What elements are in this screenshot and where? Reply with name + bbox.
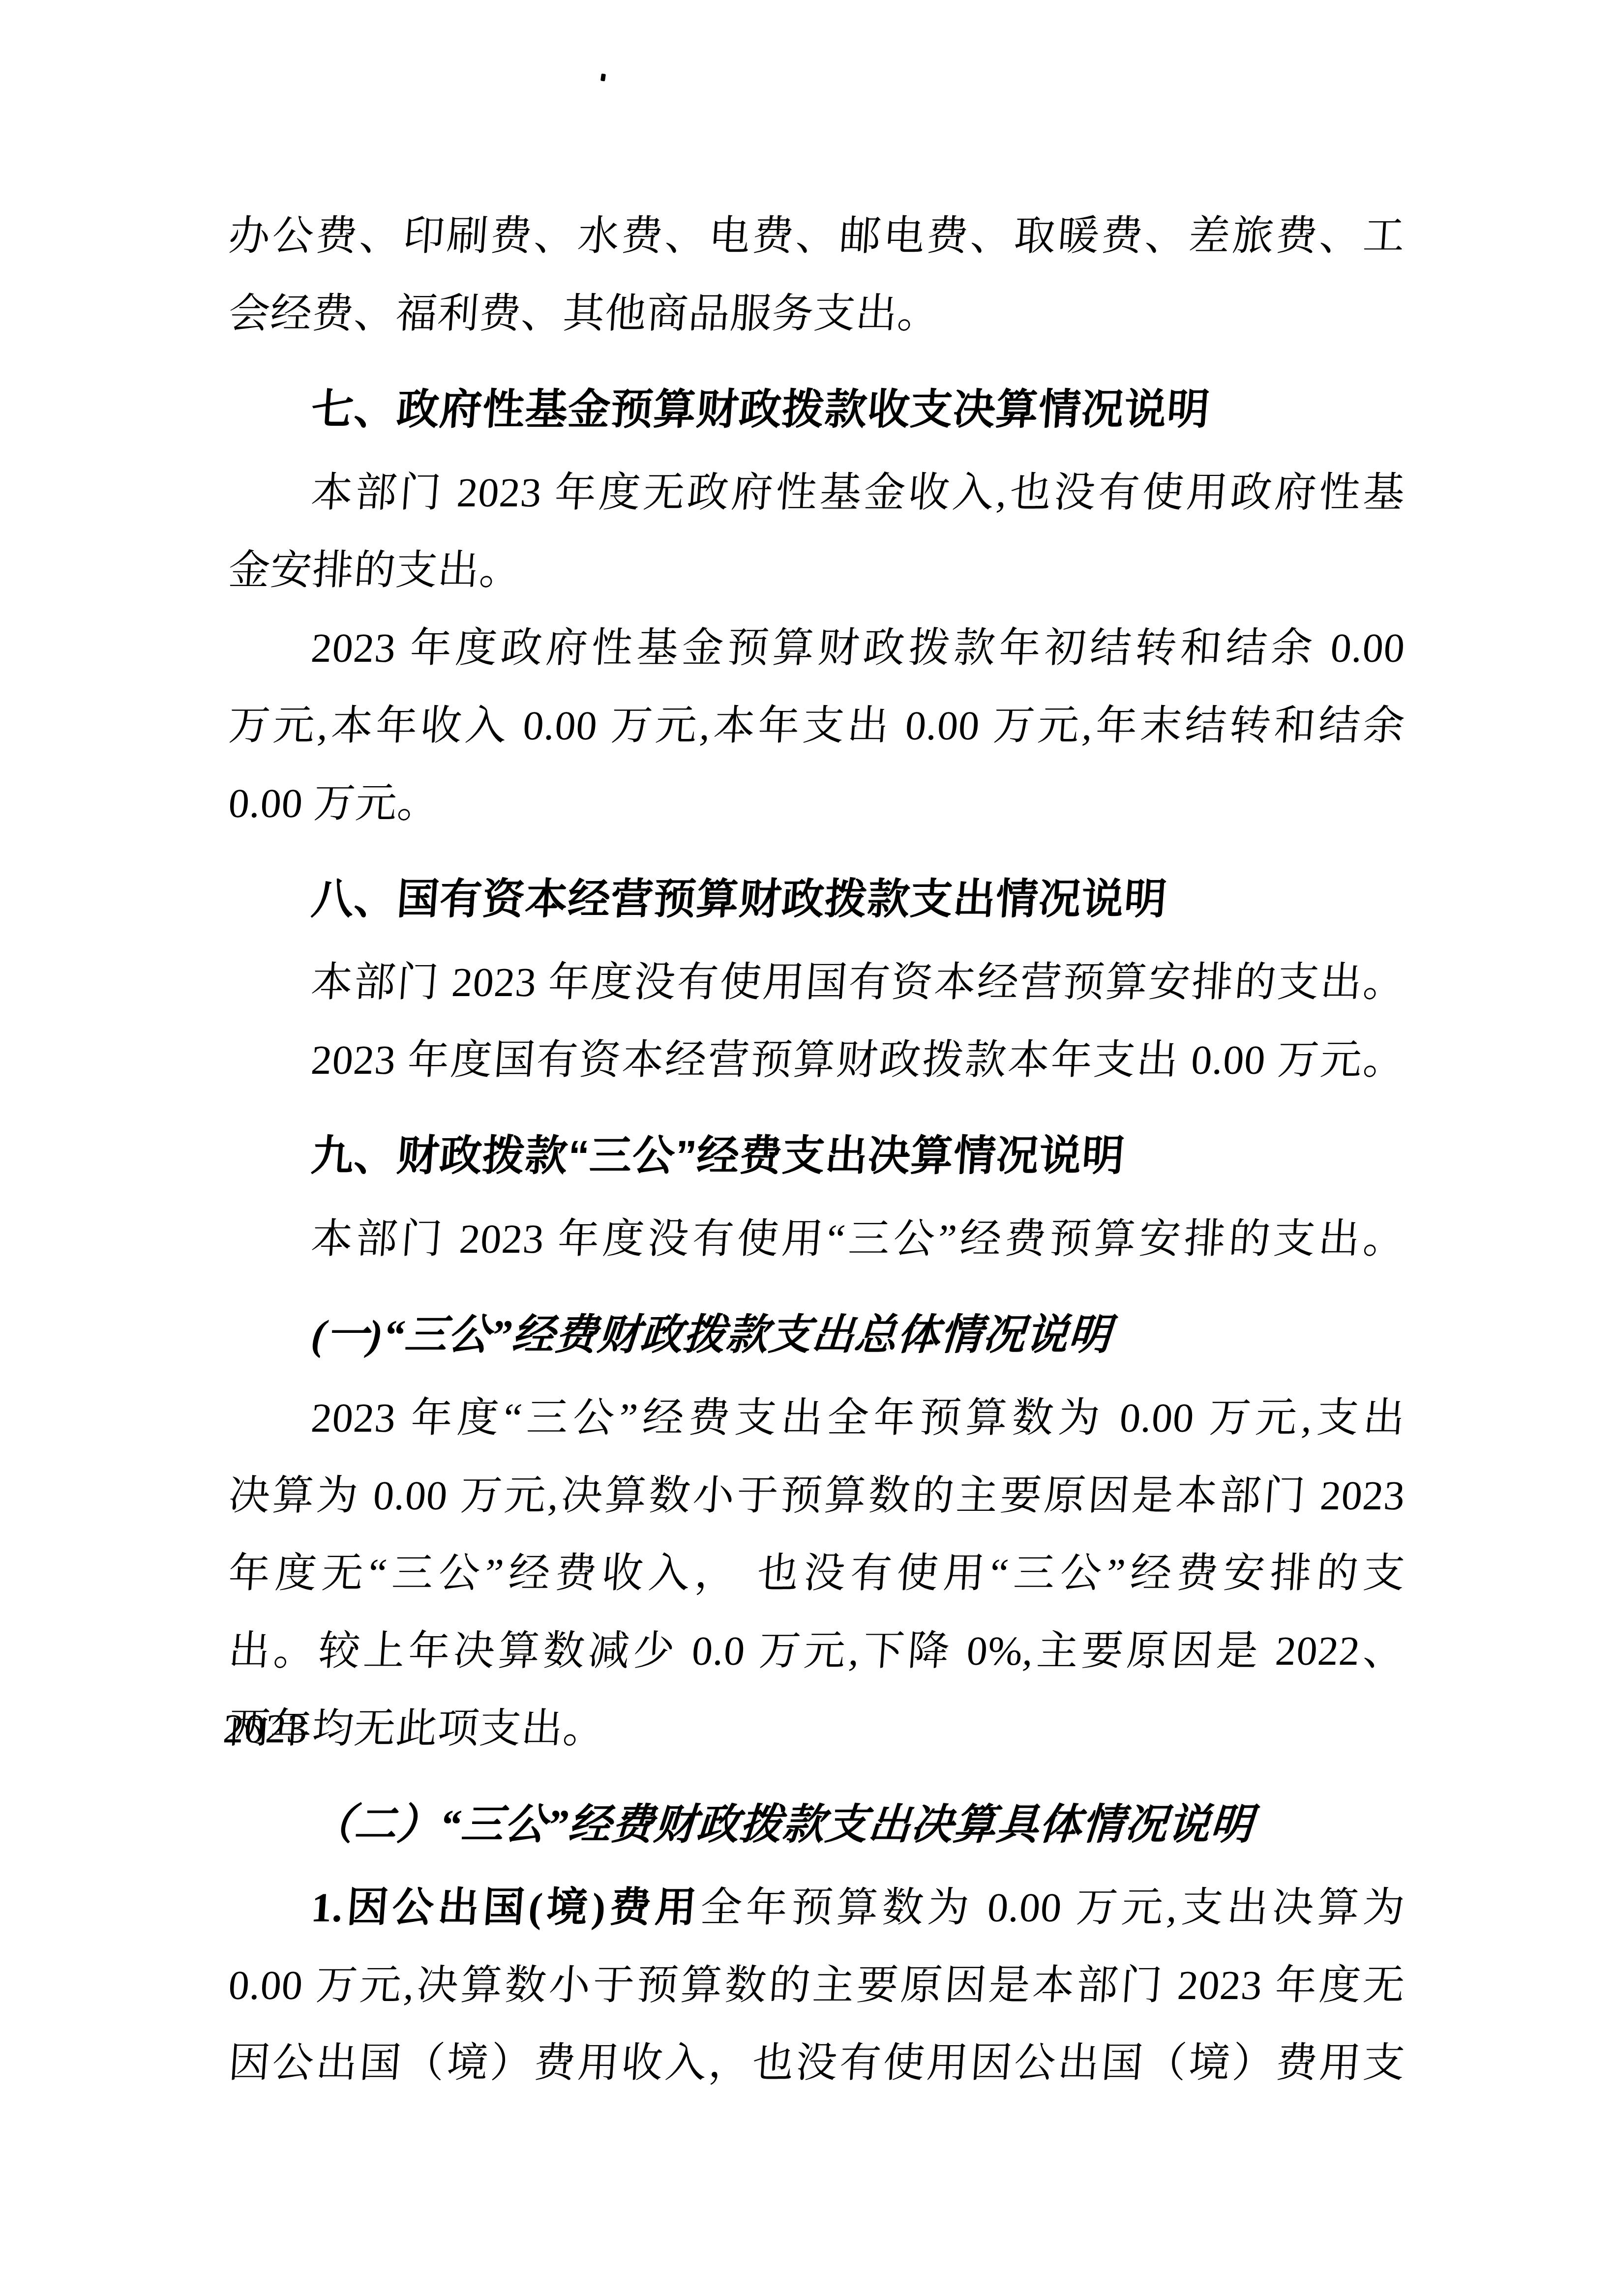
document-line: 0.00 万元。 <box>226 765 1407 843</box>
section-heading: 九、财政拨款“三公”经费支出决算情况说明 <box>229 1117 1405 1195</box>
document-line: 九、财政拨款“三公”经费支出决算情况说明 <box>226 1117 1407 1195</box>
text-run: 全年预算数为 0.00 万元,支出决算为 <box>699 1885 1406 1931</box>
paragraph: 2023 年度国有资本经营预算财政拨款本年支出 0.00 万元。 <box>229 1022 1405 1099</box>
document-line: 2023 年度政府性基金预算财政拨款年初结转和结余 0.00 <box>226 610 1407 687</box>
document-line: 0.00 万元,决算数小于预算数的主要原因是本部门 2023 年度无 <box>226 1947 1407 2025</box>
document-line: 万元,本年收入 0.00 万元,本年支出 0.00 万元,年末结转和结余 <box>226 687 1407 765</box>
document-line: 因公出国（境）费用收入，也没有使用因公出国（境）费用支 <box>226 2025 1407 2102</box>
document-line: 年度无“三公”经费收入， 也没有使用“三公”经费安排的支 <box>226 1535 1407 1613</box>
document-line: (一)“三公”经费财政拨款支出总体情况说明 <box>226 1296 1407 1374</box>
document-line: 会经费、福利费、其他商品服务支出。 <box>226 275 1407 353</box>
scan-speck-artifact <box>600 73 606 81</box>
section-heading: (一)“三公”经费财政拨款支出总体情况说明 <box>229 1296 1405 1374</box>
document-content: 办公费、印刷费、水费、电费、邮电费、取暖费、差旅费、工会经费、福利费、其他商品服… <box>229 198 1405 2102</box>
document-line: 金安排的支出。 <box>226 532 1407 610</box>
document-page: 办公费、印刷费、水费、电费、邮电费、取暖费、差旅费、工会经费、福利费、其他商品服… <box>0 0 1614 2296</box>
document-line: 两年均无此项支出。 <box>226 1690 1407 1768</box>
section-heading: （二）“三公”经费财政拨款支出决算具体情况说明 <box>229 1786 1405 1863</box>
paragraph: 2023 年度政府性基金预算财政拨款年初结转和结余 0.00万元,本年收入 0.… <box>229 610 1405 843</box>
document-line: 本部门 2023 年度没有使用国有资本经营预算安排的支出。 <box>226 944 1407 1022</box>
bold-term: 1.因公出国(境)费用 <box>310 1885 702 1931</box>
paragraph: 2023 年度“三公”经费支出全年预算数为 0.00 万元,支出决算为 0.00… <box>229 1380 1405 1768</box>
document-line: 出。较上年决算数减少 0.0 万元,下降 0%,主要原因是 2022、2023 <box>226 1613 1407 1690</box>
paragraph: 本部门 2023 年度没有使用国有资本经营预算安排的支出。 <box>229 944 1405 1022</box>
document-line: 本部门 2023 年度无政府性基金收入,也没有使用政府性基 <box>226 454 1407 532</box>
paragraph: 办公费、印刷费、水费、电费、邮电费、取暖费、差旅费、工会经费、福利费、其他商品服… <box>229 198 1405 353</box>
paragraph: 1.因公出国(境)费用全年预算数为 0.00 万元,支出决算为0.00 万元,决… <box>229 1869 1405 2102</box>
section-heading: 八、国有资本经营预算财政拨款支出情况说明 <box>229 860 1405 938</box>
document-line: 办公费、印刷费、水费、电费、邮电费、取暖费、差旅费、工 <box>226 198 1407 275</box>
document-line: 决算为 0.00 万元,决算数小于预算数的主要原因是本部门 2023 <box>226 1457 1407 1535</box>
paragraph: 本部门 2023 年度无政府性基金收入,也没有使用政府性基金安排的支出。 <box>229 454 1405 610</box>
document-line: 2023 年度“三公”经费支出全年预算数为 0.00 万元,支出 <box>226 1380 1407 1457</box>
section-heading: 七、政府性基金预算财政拨款收支决算情况说明 <box>229 371 1405 448</box>
document-line: （二）“三公”经费财政拨款支出决算具体情况说明 <box>226 1786 1407 1863</box>
document-line: 本部门 2023 年度没有使用“三公”经费预算安排的支出。 <box>226 1201 1407 1278</box>
document-line: 1.因公出国(境)费用全年预算数为 0.00 万元,支出决算为 <box>226 1869 1407 1947</box>
document-line: 2023 年度国有资本经营预算财政拨款本年支出 0.00 万元。 <box>226 1022 1407 1099</box>
document-line: 八、国有资本经营预算财政拨款支出情况说明 <box>226 860 1407 938</box>
paragraph: 本部门 2023 年度没有使用“三公”经费预算安排的支出。 <box>229 1201 1405 1278</box>
document-line: 七、政府性基金预算财政拨款收支决算情况说明 <box>226 371 1407 448</box>
